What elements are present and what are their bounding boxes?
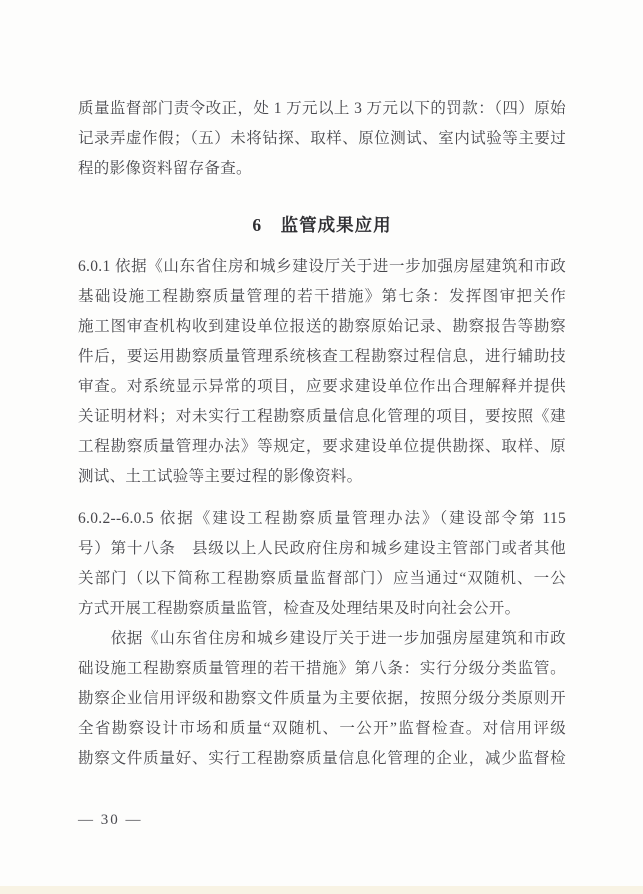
paragraph-article-8: 依据《山东省住房和城乡建设厅关于进一步加强房屋建筑和市政基 础设施工程勘察质量管… (78, 624, 566, 774)
text-line: 审查。对系统显示异常的项目，应要求建设单位作出合理解释并提供相 (78, 372, 566, 402)
paragraph-continuation: 质量监督部门责令改正，处 1 万元以上 3 万元以下的罚款：（四）原始 记录弄虚… (78, 94, 566, 184)
text-line: 施工图审查机构收到建设单位报送的勘察原始记录、勘察报告等勘察文 (78, 312, 566, 342)
document-body: 质量监督部门责令改正，处 1 万元以上 3 万元以下的罚款：（四）原始 记录弄虚… (78, 94, 566, 830)
text-line: 6.0.1 依据《山东省住房和城乡建设厅关于进一步加强房屋建筑和市政 (78, 252, 566, 282)
text-line: 工程勘察质量管理办法》等规定，要求建设单位提供勘探、取样、原位 (78, 432, 566, 462)
text-line: 质量监督部门责令改正，处 1 万元以上 3 万元以下的罚款：（四）原始 (78, 94, 566, 124)
paragraph-6-0-1: 6.0.1 依据《山东省住房和城乡建设厅关于进一步加强房屋建筑和市政 基础设施工… (78, 252, 566, 492)
text-line: 关证明材料；对未实行工程勘察质量信息化管理的项目，要按照《建设 (78, 402, 566, 432)
text-line: 全省勘察设计市场和质量“双随机、一公开”监督检查。对信用评级高、 (78, 714, 566, 744)
text-line: 基础设施工程勘察质量管理的若干措施》第七条：发挥图审把关作用。 (78, 282, 566, 312)
text-line: 号）第十八条 县级以上人民政府住房和城乡建设主管部门或者其他有 (78, 534, 566, 564)
text-line: 础设施工程勘察质量管理的若干措施》第八条：实行分级分类监管。以 (78, 654, 566, 684)
text-line: 6.0.2--6.0.5 依据《建设工程勘察质量管理办法》（建设部令第 115 (78, 504, 566, 534)
text-line: 测试、土工试验等主要过程的影像资料。 (78, 462, 566, 492)
scan-edge-artifact (0, 886, 643, 894)
paragraph-6-0-2: 6.0.2--6.0.5 依据《建设工程勘察质量管理办法》（建设部令第 115 … (78, 504, 566, 624)
text-line: 方式开展工程勘察质量监管，检查及处理结果及时向社会公开。 (78, 594, 566, 624)
section-heading: 6 监管成果应用 (78, 210, 566, 240)
text-line: 记录弄虚作假；（五）未将钻探、取样、原位测试、室内试验等主要过 (78, 124, 566, 154)
text-line: 勘察文件质量好、实行工程勘察质量信息化管理的企业，减少监督检查 (78, 744, 566, 774)
document-page: 质量监督部门责令改正，处 1 万元以上 3 万元以下的罚款：（四）原始 记录弄虚… (0, 0, 643, 894)
text-line: 件后，要运用勘察质量管理系统核查工程勘察过程信息，进行辅助技术 (78, 342, 566, 372)
text-line: 关部门（以下简称工程勘察质量监督部门）应当通过“双随机、一公开” (78, 564, 566, 594)
text-line: 程的影像资料留存备查。 (78, 154, 566, 184)
text-line: 勘察企业信用评级和勘察文件质量为主要依据，按照分级分类原则开展 (78, 684, 566, 714)
text-line: 依据《山东省住房和城乡建设厅关于进一步加强房屋建筑和市政基 (78, 624, 566, 654)
page-number: — 30 — (78, 810, 566, 830)
